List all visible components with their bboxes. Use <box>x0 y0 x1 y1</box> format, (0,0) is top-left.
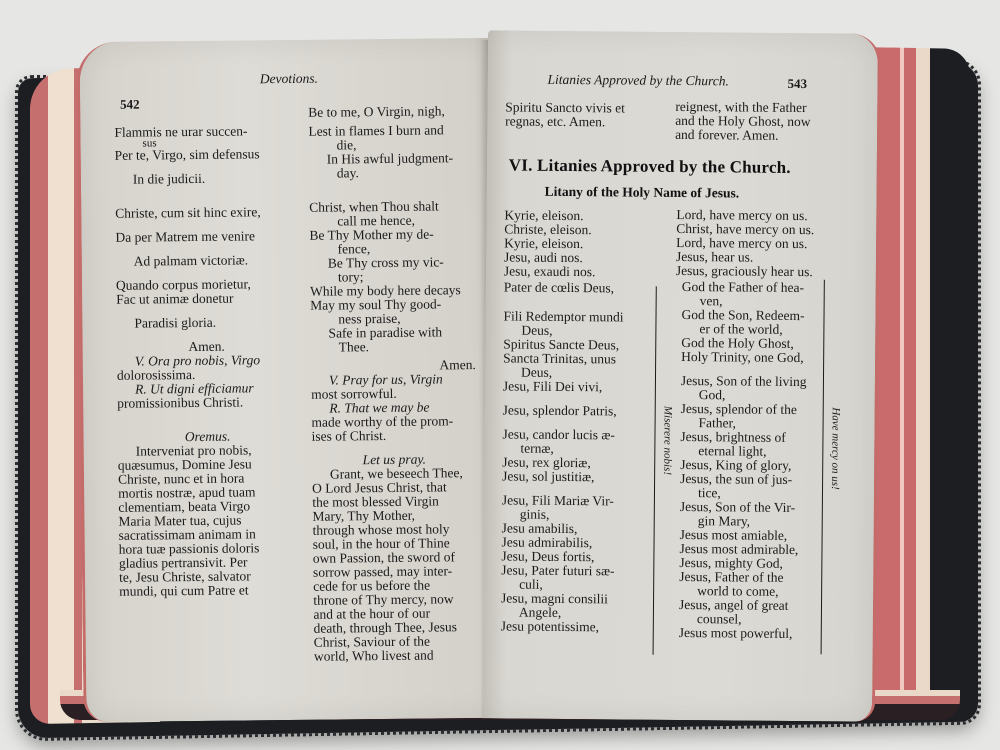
text-line: world, Who livest and <box>314 648 479 664</box>
right-page: Litanies Approved by the Church. 543 Spi… <box>482 30 881 721</box>
running-head-left: Devotions. <box>260 72 318 87</box>
carry-latin: Spiritu Sancto vivis et regnas, etc. Ame… <box>505 100 665 129</box>
section-title: VI. Litanies Approved by the Church. <box>509 158 791 174</box>
response-miserere-nobis: Miserere nobis! <box>660 406 675 475</box>
text-line: Jesu potentissime, <box>501 619 661 634</box>
text-line: and forever. Amen. <box>675 128 845 143</box>
text-line: Holy Trinity, one God, <box>681 350 831 365</box>
text-line: Jesus, graciously hear us. <box>676 264 841 279</box>
invocations-english: God the Father of hea- ven, God the Son,… <box>679 280 832 641</box>
text-line: made worthy of the prom- <box>311 414 476 430</box>
carry-english: reignest, with the Father and the Holy G… <box>675 100 845 143</box>
running-head-right: Litanies Approved by the Church. <box>548 73 729 89</box>
text-line: mundi, qui cum Patre et <box>119 583 299 599</box>
response-have-mercy-on-us: Have mercy on us! <box>828 407 843 489</box>
latin-column: Flammis ne urar succen- sus Per te, Virg… <box>114 124 299 599</box>
text-line: Jesu, exaudi nos. <box>504 264 669 279</box>
text-line: Jesu, sol justitiæ, <box>502 469 662 484</box>
text-line: Jesu, splendor Patris, <box>503 403 663 418</box>
left-page: Devotions. 542 Flammis ne urar succen- s… <box>76 38 501 722</box>
text-line: Pater de cœlis Deus, <box>504 280 664 295</box>
page-number-left: 542 <box>120 98 140 112</box>
text-line: In His awful judgment- <box>309 151 474 167</box>
text-line: regnas, etc. Amen. <box>505 114 665 129</box>
kyrie-english: Lord, have mercy on us. Christ, have mer… <box>676 208 842 279</box>
invocations-latin: Pater de cœlis Deus, Fili Redemptor mund… <box>501 280 664 634</box>
litany-title: Litany of the Holy Name of Jesus. <box>545 185 740 201</box>
english-column: Be to me, O Virgin, nigh, Lest in flames… <box>308 104 479 664</box>
text-line: Jesus most powerful, <box>679 626 829 641</box>
text-line: Jesu, Fili Dei vivi, <box>503 379 663 394</box>
page-number-right: 543 <box>787 77 807 91</box>
book-photo: Devotions. 542 Flammis ne urar succen- s… <box>0 0 1000 750</box>
kyrie-latin: Kyrie, eleison. Christe, eleison. Kyrie,… <box>504 208 670 279</box>
